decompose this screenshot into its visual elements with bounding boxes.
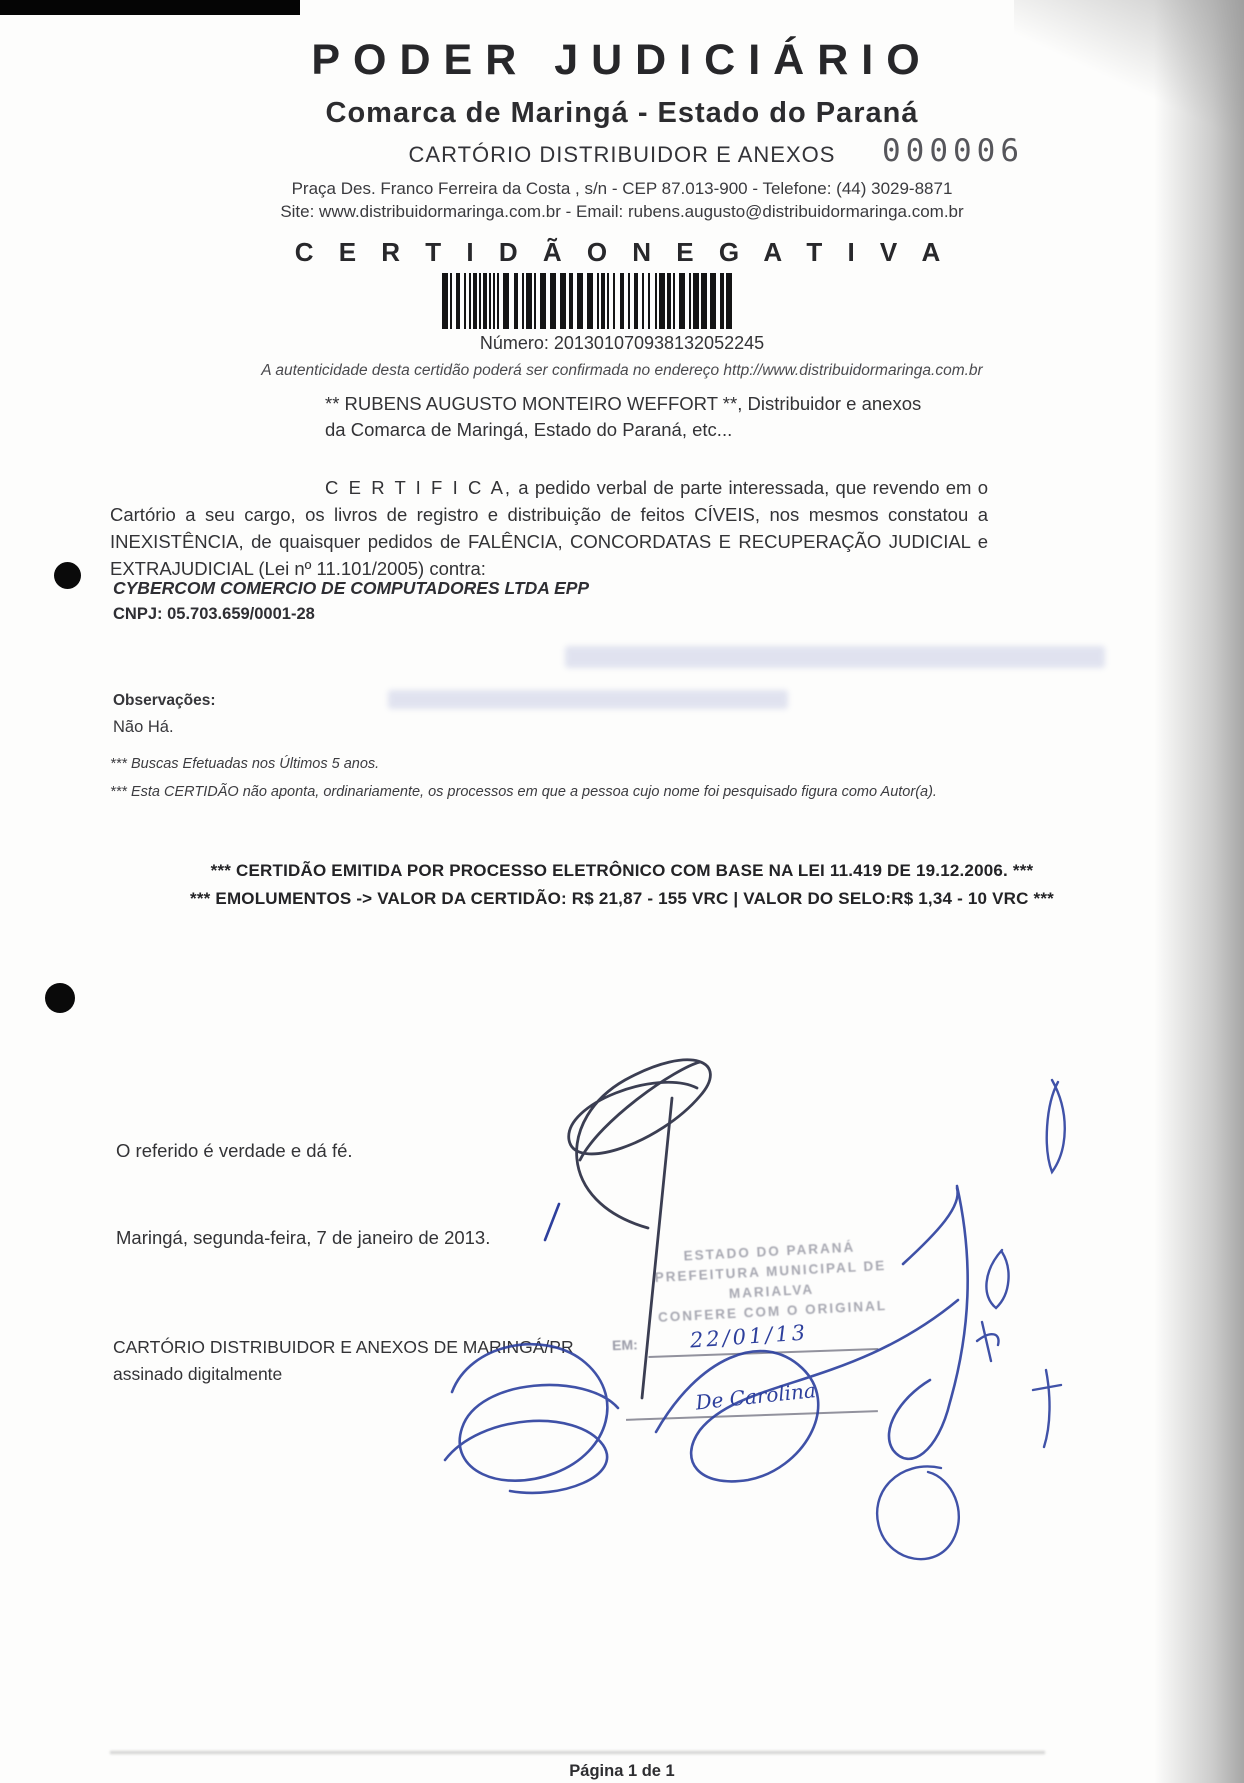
certifica-body: a pedido verbal de parte interessada, qu… <box>110 477 988 579</box>
page-footer: Página 1 de 1 <box>0 1762 1244 1781</box>
pen-slash <box>545 1204 559 1240</box>
emission-fees-line: *** EMOLUMENTOS -> VALOR DA CERTIDÃO: R$… <box>0 889 1244 909</box>
certifica-lead: C E R T I F I C A, <box>325 477 512 498</box>
office-contact: Site: www.distribuidormaringa.com.br - E… <box>0 202 1244 222</box>
emission-law-line: *** CERTIDÃO EMITIDA POR PROCESSO ELETRÔ… <box>0 861 1244 881</box>
page-title: PODER JUDICIÁRIO <box>0 36 1244 85</box>
handwritten-name: De Carolina <box>694 1378 817 1414</box>
digital-signature-note: assinado digitalmente <box>113 1364 282 1385</box>
footnote-searches: *** Buscas Efetuadas nos Últimos 5 anos. <box>110 756 379 772</box>
stamped-sequence-number: 000006 <box>882 133 1062 169</box>
hole-punch <box>54 562 81 589</box>
place-date-line: Maringá, segunda-feira, 7 de janeiro de … <box>116 1227 490 1249</box>
faded-ink-smudge <box>388 690 788 709</box>
stamp-signature-row: De Carolina <box>625 1383 905 1393</box>
certificate-number: Número: 201301070938132052245 <box>0 333 1244 354</box>
signing-office: CARTÓRIO DISTRIBUIDOR E ANEXOS DE MARING… <box>113 1337 574 1358</box>
certificate-number-label: Número: <box>480 333 554 353</box>
stamp-em-label: EM: <box>612 1336 638 1353</box>
scanned-certificate-page: PODER JUDICIÁRIO Comarca de Maringá - Es… <box>0 0 1244 1783</box>
hole-punch <box>45 983 75 1013</box>
certification-paragraph: C E R T I F I C A, a pedido verbal de pa… <box>110 474 988 582</box>
stamp-date-underline <box>648 1348 878 1358</box>
scan-edge-bottom <box>110 1751 1045 1754</box>
pen-marks-right-edge <box>877 1080 1065 1559</box>
stamp-name-underline <box>626 1410 878 1421</box>
faded-ink-smudge <box>565 646 1105 668</box>
barcode <box>442 273 794 329</box>
observations-label: Observações: <box>113 692 216 710</box>
stamp-date-row: EM: 22/01/13 <box>612 1327 912 1355</box>
certificate-number-value: 201301070938132052245 <box>554 333 764 353</box>
municipal-stamp: ESTADO DO PARANÁ PREFEITURA MUNICIPAL DE… <box>610 1234 932 1331</box>
issuer-paragraph: ** RUBENS AUGUSTO MONTEIRO WEFFORT **, D… <box>325 391 925 443</box>
certificate-title: C E R T I D Ã O N E G A T I V A <box>0 237 1244 268</box>
page-subtitle: Comarca de Maringá - Estado do Paraná <box>0 97 1244 130</box>
office-address: Praça Des. Franco Ferreira da Costa , s/… <box>0 179 1244 199</box>
subject-cnpj: CNPJ: 05.703.659/0001-28 <box>113 605 315 624</box>
footnote-scope: *** Esta CERTIDÃO não aponta, ordinariam… <box>110 784 937 800</box>
signature-blue-scribble <box>445 1344 618 1493</box>
observations-value: Não Há. <box>113 718 174 737</box>
subject-company-name: CYBERCOM COMERCIO DE COMPUTADORES LTDA E… <box>113 578 589 599</box>
scan-edge-top-left <box>0 0 300 15</box>
truth-statement: O referido é verdade e dá fé. <box>116 1140 353 1162</box>
authenticity-note: A autenticidade desta certidão poderá se… <box>0 362 1244 380</box>
